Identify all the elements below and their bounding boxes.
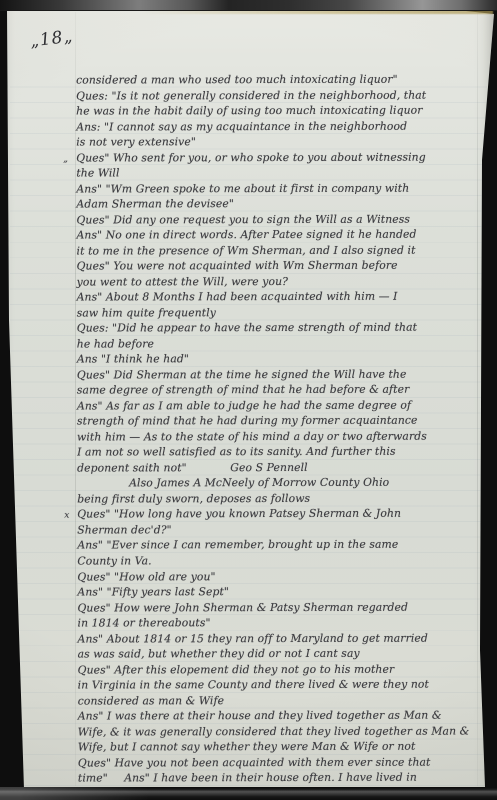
handwritten-line-text: Ques" Who sent for you, or who spoke to … [76,150,425,164]
handwritten-line-text: Also James A McNeely of Morrow County Oh… [129,476,389,490]
handwritten-line-text: Ans" About 1814 or 15 they ran off to Ma… [78,631,428,645]
handwritten-line: deponent saith not" Geo S Pennell [77,459,483,476]
handwritten-line: Ans" "Wm Green spoke to me about it firs… [76,180,482,197]
handwritten-line-text: Ans" "Ever since I can remember, brought… [77,538,398,552]
handwritten-line: Ans" I was there at their house and they… [78,708,484,725]
handwritten-line-text: is not very extensive" [76,135,196,148]
handwritten-line: the Will [76,165,482,182]
handwritten-line: with him — As to the state of his mind a… [77,428,483,445]
handwritten-line-text: in 1814 or thereabouts" [77,616,210,629]
handwritten-line-text: Ans" "Fifty years last Sept" [77,585,229,598]
handwritten-line-text: I am not so well satisfied as to its san… [77,445,396,459]
handwritten-line-text: Ques" How were John Sherman & Patsy Sher… [77,600,408,614]
handwritten-line-text: Ans" No one in direct words. After Patee… [76,228,416,242]
handwritten-line: Ans" "Ever since I can remember, brought… [77,537,483,554]
handwritten-line: I am not so well satisfied as to its san… [77,444,483,461]
handwritten-line-text: Ques" "How long have you known Patsey Sh… [77,507,401,521]
handwritten-line: Ans" About 8 Months I had been acquainte… [77,289,483,306]
handwritten-line: in 1814 or thereabouts" [77,615,483,632]
handwritten-line: Wife, but I cannot say whether they were… [78,739,484,756]
handwritten-line: County in Va. [77,552,483,569]
handwritten-line-text: Sherman dec'd?" [77,523,171,536]
handwritten-line: „Ques" Who sent for you, or who spoke to… [76,149,482,166]
handwritten-line-text: Ans" I was there at their house and they… [78,709,442,723]
scanner-clamp-top [0,0,497,11]
handwritten-line-text: Wife, & it was generally considered that… [78,724,470,738]
handwritten-line-text: it to me in the presence of Wm Sherman, … [77,243,416,257]
margin-mark: x [64,509,69,525]
handwritten-line: being first duly sworn, deposes as follo… [77,490,483,507]
handwritten-line: Ques" Did any one request you to sign th… [76,211,482,228]
handwriting-block: considered a man who used too much intox… [76,71,484,786]
handwritten-line-text: you went to attest the Will, were you? [77,275,288,289]
handwritten-line: considered a man who used too much intox… [76,71,482,88]
handwritten-line-text: Ques" Have you not been acquainted with … [78,755,431,769]
handwritten-line-text: Ques: "Did he appear to have the same st… [77,321,417,335]
handwritten-line-text: Ans" "Wm Green spoke to me about it firs… [76,181,409,195]
handwritten-line: Ques: "Is it not generally considered in… [76,87,482,104]
handwritten-line-text: Ques: "Is it not generally considered in… [76,88,426,102]
handwritten-line-text: Ques" You were not acquainted with Wm Sh… [77,259,398,273]
handwritten-line: Also James A McNeely of Morrow County Oh… [129,475,483,491]
handwritten-line-text: Ques" "How old are you" [77,570,215,583]
handwritten-line: Ans" As far as I am able to judge he had… [77,397,483,414]
margin-mark: „ [63,152,68,168]
handwritten-line: strength of mind that he had during my f… [77,413,483,430]
handwritten-line: is not very extensive" [76,134,482,151]
handwritten-line: Ques" Did Sherman at the time he signed … [77,366,483,383]
handwritten-line: Ques" Have you not been acquainted with … [78,754,484,771]
handwritten-line-text: saw him quite frequently [77,306,216,319]
handwritten-line-text: Ans" As far as I am able to judge he had… [77,398,411,412]
handwritten-line: in Virginia in the same County and there… [78,677,484,694]
handwritten-line: xQues" "How long have you known Patsey S… [77,506,483,523]
handwritten-line: Ques" After this elopement did they not … [78,661,484,678]
handwritten-line: Wife, & it was generally considered that… [78,723,484,740]
handwritten-line: Ans" About 1814 or 15 they ran off to Ma… [78,630,484,647]
handwritten-line-text: with him — As to the state of his mind a… [77,429,427,443]
handwritten-line: Ques" How were John Sherman & Patsy Sher… [77,599,483,616]
handwritten-line-text: deponent saith not" Geo S Pennell [77,461,308,475]
handwritten-line: Adam Sherman the devisee" [76,196,482,213]
handwritten-line-text: Ans: "I cannot say as my acquaintance in… [76,119,407,133]
handwritten-line: Ques" You were not acquainted with Wm Sh… [77,258,483,275]
handwritten-line: saw him quite frequently [77,304,483,321]
page-number: „18„ [29,26,74,51]
handwritten-line: Ans" No one in direct words. After Patee… [76,227,482,244]
handwritten-line: you went to attest the Will, were you? [77,273,483,290]
handwritten-line: Sherman dec'd?" [77,521,483,538]
scanner-clamp-bottom [0,787,497,800]
handwritten-line-text: considered as man & Wife [78,694,224,707]
scanned-photo-frame: „18„ considered a man who used too much … [0,0,497,800]
handwritten-line-text: the Will [76,167,119,180]
handwritten-line-text: Ques" Did Sherman at the time he signed … [77,367,407,381]
handwritten-line-text: Ques" After this elopement did they not … [78,662,395,676]
handwritten-line-text: being first duly sworn, deposes as follo… [77,492,310,506]
handwritten-line-text: Ans" About 8 Months I had been acquainte… [77,290,398,304]
handwritten-line: Ques: "Did he appear to have the same st… [77,320,483,337]
handwritten-line: time" Ans" I have been in their house of… [78,770,484,787]
handwritten-line: it to me in the presence of Wm Sherman, … [77,242,483,259]
handwritten-line-text: same degree of strength of mind that he … [77,383,409,397]
handwritten-line: Ans: "I cannot say as my acquaintance in… [76,118,482,135]
handwritten-line-text: Ques" Did any one request you to sign th… [76,212,410,226]
handwritten-line-text: Ans "I think he had" [77,353,189,366]
document-page: „18„ considered a man who used too much … [0,0,497,800]
handwritten-line: same degree of strength of mind that he … [77,382,483,399]
handwritten-line-text: County in Va. [77,554,151,567]
handwritten-line-text: time" Ans" I have been in their house of… [78,771,417,785]
handwritten-line: considered as man & Wife [78,692,484,709]
handwritten-line-text: as was said, but whether they did or not… [78,647,360,661]
handwritten-line-text: he was in the habit daily of using too m… [76,104,422,118]
handwritten-line-text: Wife, but I cannot say whether they were… [78,740,416,754]
handwritten-line-text: in Virginia in the same County and there… [78,678,429,692]
handwritten-line: Ques" "How old are you" [77,568,483,585]
handwritten-line-text: considered a man who used too much intox… [76,73,398,87]
handwritten-line: Ans" "Fifty years last Sept" [77,583,483,600]
handwritten-line-text: Adam Sherman the devisee" [76,197,234,210]
handwritten-line: Ans "I think he had" [77,351,483,368]
handwritten-line: he was in the habit daily of using too m… [76,103,482,120]
handwritten-line-text: strength of mind that he had during my f… [77,414,418,428]
handwritten-line: he had before [77,335,483,352]
handwritten-line: as was said, but whether they did or not… [78,646,484,663]
handwritten-line-text: he had before [77,337,154,350]
